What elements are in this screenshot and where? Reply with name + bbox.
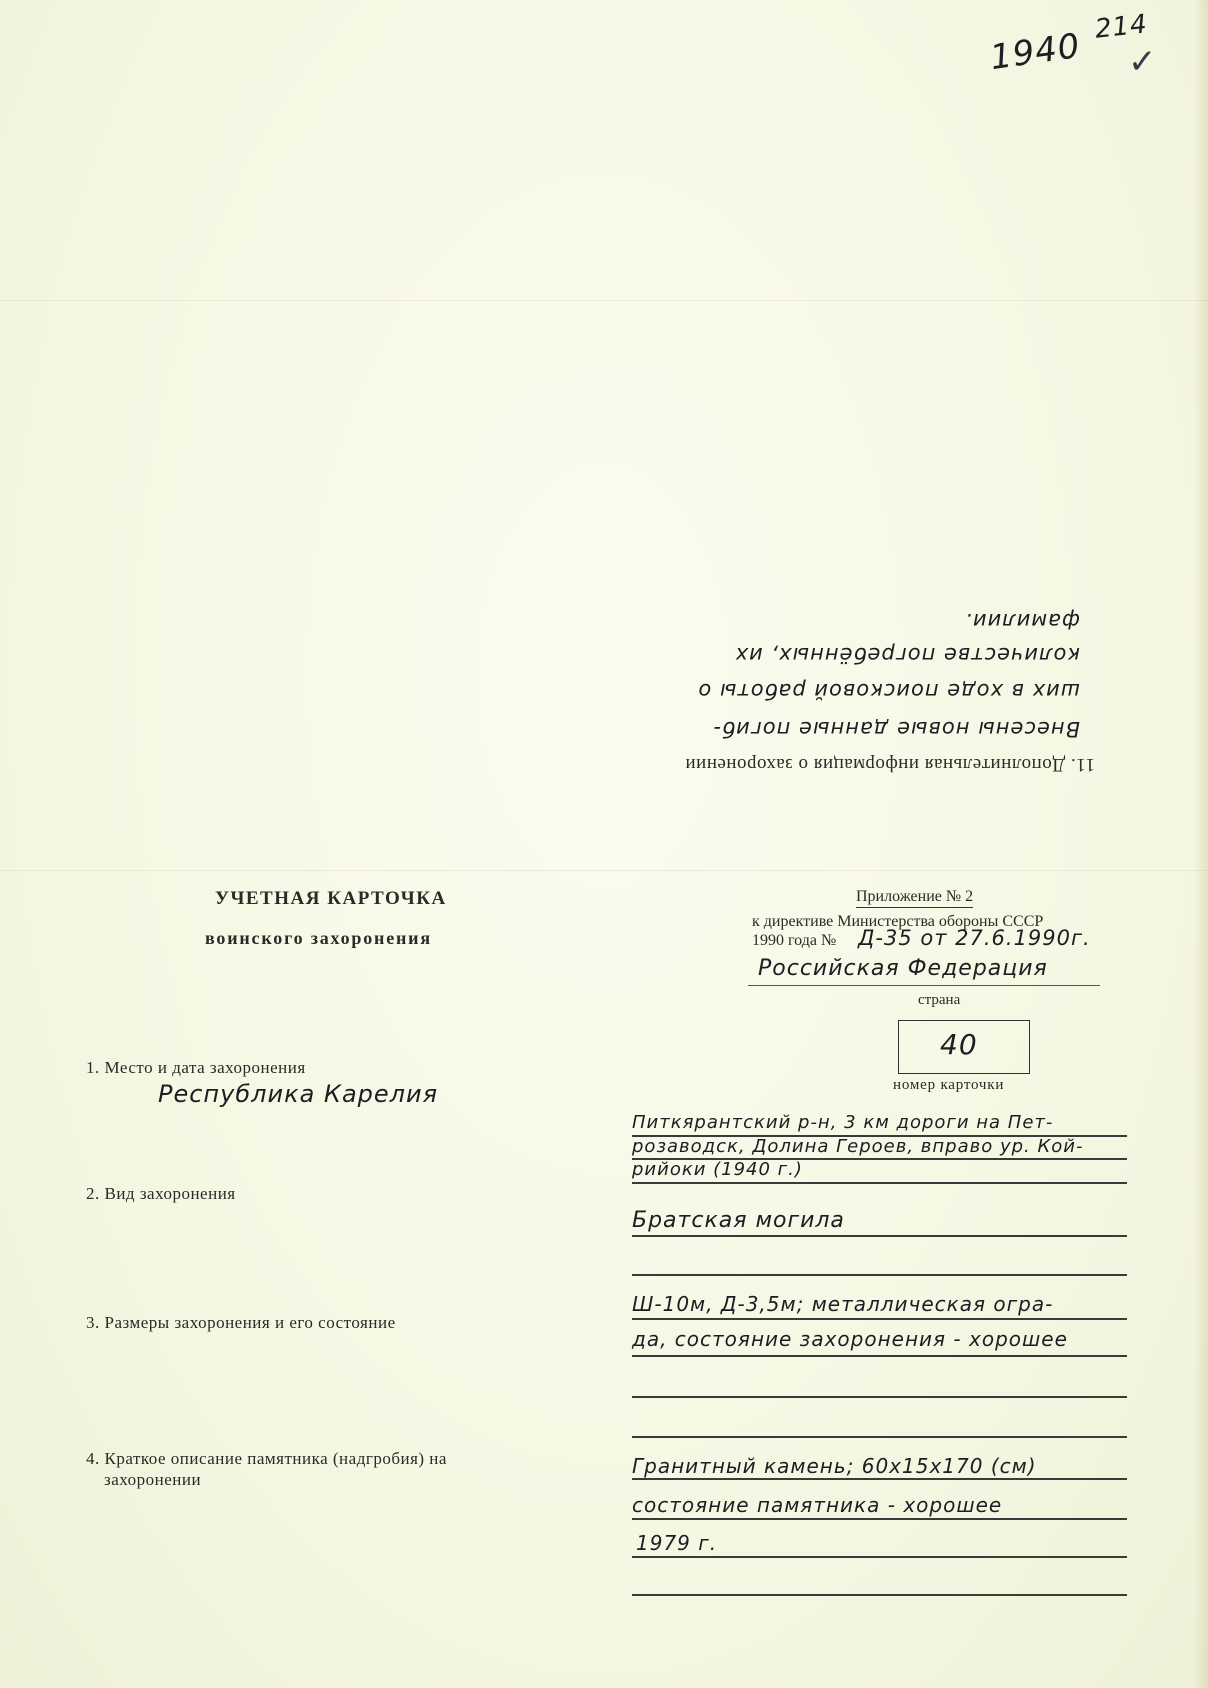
field-4-value-line: Гранитный камень; 60х15х170 (см) — [632, 1454, 1037, 1478]
field-underline — [632, 1235, 1127, 1237]
section-11-label: 11. Дополнительная информация о захороне… — [685, 753, 1095, 775]
card-number: 40 — [940, 1028, 978, 1061]
card-number-label: номер карточки — [893, 1077, 1004, 1094]
field-1-label: 1. Место и дата захоронения — [86, 1058, 306, 1078]
directive-year-prefix: 1990 года № — [752, 932, 836, 950]
fold-line — [0, 870, 1208, 871]
field-1-location-line: Питкярантский р-н, 3 км дороги на Пет- — [632, 1112, 1053, 1133]
field-3-label: 3. Размеры захоронения и его состояние — [86, 1313, 396, 1333]
document-page — [0, 0, 1208, 1688]
field-1-location-line: розаводск, Долина Героев, вправо ур. Кой… — [632, 1136, 1083, 1157]
check-mark-icon: ✓ — [1128, 42, 1158, 82]
field-2-label: 2. Вид захоронения — [86, 1184, 236, 1204]
country-label: страна — [918, 992, 960, 1009]
field-underline — [632, 1396, 1127, 1398]
section-11-line: фамилии. — [964, 609, 1080, 633]
paper-edge — [1194, 0, 1208, 1688]
country-underline — [748, 985, 1100, 986]
field-underline — [632, 1518, 1127, 1520]
card-title: УЧЕТНАЯ КАРТОЧКА — [215, 888, 447, 910]
fold-line — [0, 300, 1208, 301]
appendix-label: Приложение № 2 — [856, 888, 973, 908]
field-underline — [632, 1436, 1127, 1438]
field-underline — [632, 1318, 1127, 1320]
field-underline — [632, 1274, 1127, 1276]
archive-number: 214 — [1094, 9, 1149, 44]
field-2-value: Братская могила — [632, 1208, 845, 1233]
section-11-line: количестве погребённых, их — [735, 643, 1080, 667]
field-underline — [632, 1594, 1127, 1596]
field-3-value-line: да, состояние захоронения - хорошее — [632, 1327, 1068, 1351]
field-1-location-line: рийоки (1940 г.) — [632, 1159, 803, 1180]
directive-number-date: Д-35 от 27.6.1990г. — [858, 926, 1091, 950]
card-subtitle: воинского захоронения — [205, 928, 432, 949]
field-underline — [632, 1355, 1127, 1357]
field-4-label: 4. Краткое описание памятника (надгробия… — [86, 1449, 447, 1469]
field-underline — [632, 1556, 1127, 1558]
section-11-additional-info: 11. Дополнительная информация о захороне… — [600, 585, 1120, 785]
field-underline — [632, 1478, 1127, 1480]
section-11-line: Внесены новые данные погиб- — [713, 717, 1080, 741]
country-value: Российская Федерация — [758, 956, 1048, 981]
field-4-value-line: состояние памятника - хорошее — [632, 1493, 1002, 1517]
field-underline — [632, 1182, 1127, 1184]
section-11-line: ших в ходе поисковой работы о — [697, 679, 1080, 703]
field-4-value-line: 1979 г. — [636, 1531, 717, 1555]
field-4-label: захоронении — [104, 1470, 201, 1490]
field-3-value-line: Ш-10м, Д-3,5м; металлическая огра- — [632, 1292, 1053, 1316]
field-1-region: Республика Карелия — [158, 1080, 438, 1108]
